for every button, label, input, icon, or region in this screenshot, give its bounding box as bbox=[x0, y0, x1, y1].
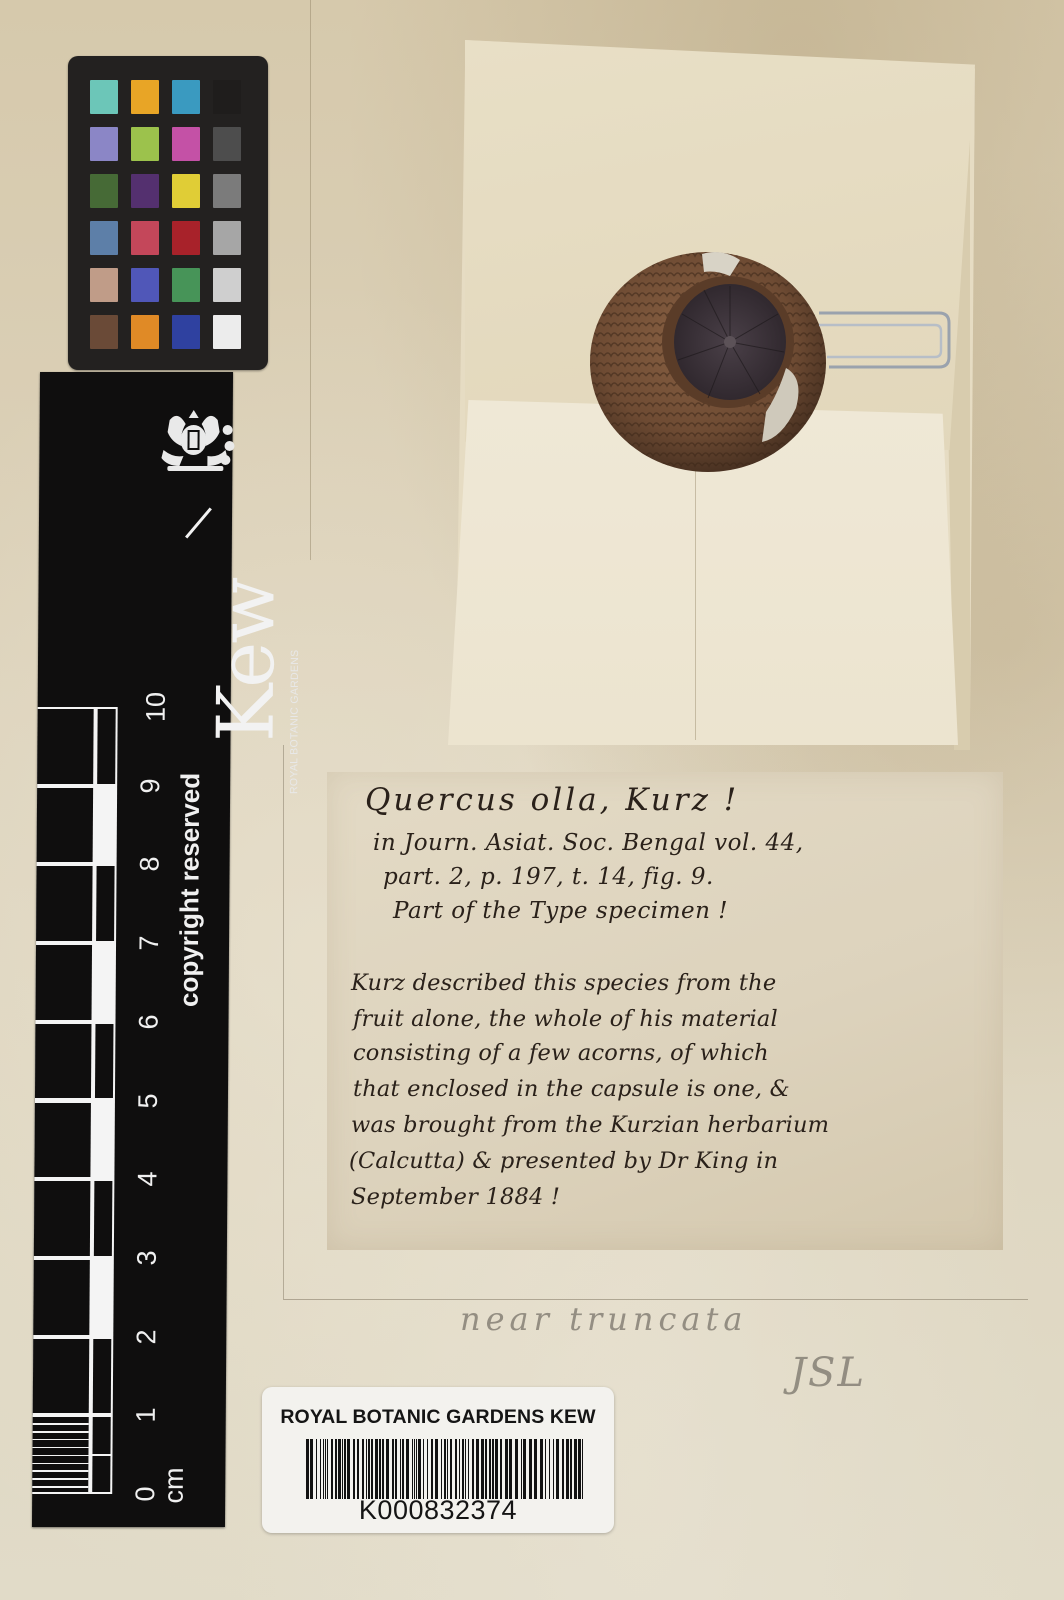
scale-black-block bbox=[92, 1456, 110, 1492]
color-swatch bbox=[90, 127, 118, 161]
scale-ruler: Kew ROYAL BOTANIC GARDENS copyright rese… bbox=[32, 372, 233, 1527]
scale-white-band bbox=[32, 1486, 88, 1488]
color-calibration-chart bbox=[68, 56, 268, 370]
color-swatch bbox=[172, 127, 200, 161]
scale-black-block bbox=[36, 945, 93, 1020]
paper-clip-icon bbox=[815, 305, 955, 375]
acorn-specimen bbox=[590, 248, 830, 474]
scale-white-band bbox=[33, 1423, 89, 1425]
scale-black-block bbox=[37, 788, 94, 863]
color-swatch bbox=[172, 174, 200, 208]
color-swatch bbox=[172, 315, 200, 349]
scale-tick-label: 7 bbox=[134, 928, 164, 958]
scale-black-block bbox=[33, 1339, 90, 1414]
pencil-initials: JSL bbox=[790, 1350, 866, 1396]
color-swatch bbox=[90, 174, 118, 208]
swatch-grid bbox=[90, 80, 241, 349]
kew-logo-slash bbox=[185, 507, 212, 538]
scale-black-block bbox=[96, 866, 115, 941]
color-swatch bbox=[213, 268, 241, 302]
sheet-fold-line bbox=[310, 0, 311, 560]
scale-black-block bbox=[34, 1181, 91, 1256]
barcode-number: K000832374 bbox=[262, 1495, 614, 1526]
note-line: Kurz described this species from the bbox=[351, 970, 776, 996]
scale-black-block bbox=[97, 709, 116, 784]
pencil-determination: near truncata bbox=[460, 1300, 747, 1338]
scale-tick-label: 6 bbox=[133, 1007, 163, 1037]
color-swatch bbox=[213, 127, 241, 161]
note-line: (Calcutta) & presented by Dr King in bbox=[349, 1148, 778, 1174]
barcode-institution: ROYAL BOTANIC GARDENS KEW bbox=[262, 1406, 614, 1429]
scale-white-band bbox=[33, 1431, 89, 1433]
scale-white-band bbox=[32, 1470, 88, 1472]
color-swatch bbox=[213, 221, 241, 255]
color-swatch bbox=[213, 80, 241, 114]
kew-logo-word: Kew bbox=[207, 579, 286, 742]
color-swatch bbox=[90, 221, 118, 255]
scale-black-block bbox=[34, 1103, 91, 1178]
color-swatch bbox=[172, 221, 200, 255]
scale-white-band bbox=[33, 1439, 89, 1441]
scale-black-block bbox=[36, 866, 93, 941]
unit-label: cm bbox=[159, 1466, 190, 1506]
color-swatch bbox=[172, 80, 200, 114]
note-line: fruit alone, the whole of his material bbox=[353, 1006, 778, 1032]
scale-black-block bbox=[94, 1181, 113, 1256]
color-swatch bbox=[131, 221, 159, 255]
barcode-label: ROYAL BOTANIC GARDENS KEW K000832374 bbox=[262, 1387, 614, 1533]
reference-line: part. 2, p. 197, t. 14, fig. 9. bbox=[383, 864, 714, 890]
scale-tick-label: 4 bbox=[132, 1164, 162, 1194]
scale-white-band bbox=[32, 1455, 88, 1457]
determination-label: Quercus olla, Kurz ! in Journ. Asiat. So… bbox=[327, 772, 1003, 1250]
kew-logo: Kew ROYAL BOTANIC GARDENS bbox=[134, 502, 245, 702]
scale-black-block bbox=[92, 1417, 110, 1453]
scale-white-band bbox=[33, 1415, 89, 1417]
scale-black-block bbox=[93, 1339, 112, 1414]
scale-black-block bbox=[95, 1024, 114, 1099]
note-line: that enclosed in the capsule is one, & bbox=[353, 1076, 790, 1102]
color-swatch bbox=[90, 80, 118, 114]
scale-black-block bbox=[37, 709, 94, 784]
scale-tick-label: 10 bbox=[141, 685, 171, 729]
scale-tick-label: 8 bbox=[134, 849, 164, 879]
color-swatch bbox=[90, 268, 118, 302]
scale-white-band bbox=[32, 1463, 88, 1465]
color-swatch bbox=[131, 268, 159, 302]
scale-tick-label: 9 bbox=[135, 771, 165, 801]
scale-tick-label: 1 bbox=[131, 1400, 161, 1430]
type-specimen-note: Part of the Type specimen ! bbox=[393, 898, 728, 924]
scale-black-block bbox=[33, 1260, 90, 1335]
color-swatch bbox=[131, 174, 159, 208]
note-line: consisting of a few acorns, of which bbox=[353, 1040, 769, 1066]
packet-crease bbox=[695, 470, 696, 740]
note-line: September 1884 ! bbox=[351, 1184, 560, 1210]
note-line: was brought from the Kurzian herbarium bbox=[351, 1112, 829, 1138]
color-swatch bbox=[172, 268, 200, 302]
reference-line: in Journ. Asiat. Soc. Bengal vol. 44, bbox=[373, 830, 804, 856]
copyright-notice: copyright reserved bbox=[174, 773, 207, 1007]
scale-tick-label: 5 bbox=[133, 1086, 163, 1116]
taxon-name: Quercus olla, Kurz ! bbox=[365, 782, 739, 818]
color-swatch bbox=[213, 315, 241, 349]
barcode-icon bbox=[306, 1439, 586, 1499]
color-swatch bbox=[131, 127, 159, 161]
scale-white-band bbox=[32, 1478, 88, 1480]
scale-tick-label: 3 bbox=[132, 1243, 162, 1273]
scale-tick-label: 2 bbox=[131, 1322, 161, 1352]
kew-logo-subtitle: ROYAL BOTANIC GARDENS bbox=[288, 650, 301, 794]
color-swatch bbox=[213, 174, 241, 208]
scale-black-block bbox=[35, 1024, 92, 1099]
scale-tick-label: 0 bbox=[130, 1479, 160, 1509]
color-swatch bbox=[90, 315, 118, 349]
scale-white-band bbox=[33, 1447, 89, 1449]
color-swatch bbox=[131, 315, 159, 349]
color-swatch bbox=[131, 80, 159, 114]
royal-crest-icon bbox=[149, 400, 240, 476]
